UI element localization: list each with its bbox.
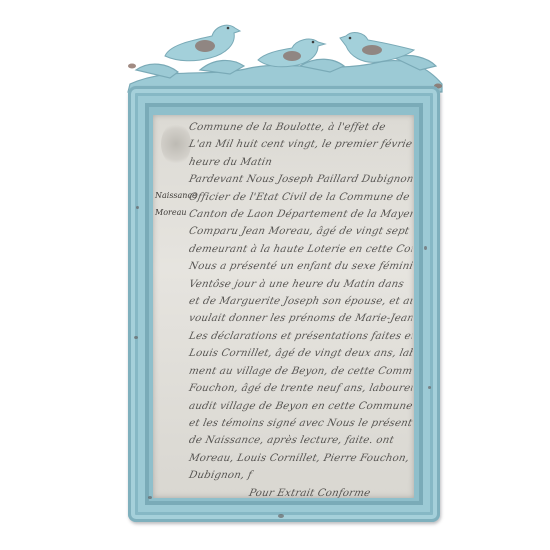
handwritten-line: heure du Matin [187, 154, 414, 171]
handwritten-line: Louis Cornillet, âgé de vingt deux ans, … [187, 345, 414, 362]
handwritten-line: voulait donner les prénoms de Marie-Jean… [187, 310, 414, 327]
handwritten-line: et les témoins signé avec Nous le présen… [187, 415, 414, 432]
handwritten-line: L'an Mil huit cent vingt, le premier fév… [187, 136, 414, 153]
bird-left [165, 25, 240, 61]
handwritten-line: Officier de l'Etat Civil de la Commune d… [187, 189, 414, 206]
handwritten-line: de Naissance, après lecture, faite. ont [187, 432, 414, 449]
handwritten-line: Ventôse jour à une heure du Matin dans [187, 276, 414, 293]
handwritten-line: Dubignon, f [187, 467, 414, 484]
handwritten-line: Moreau, Louis Cornillet, Pierre Fouchon,… [187, 450, 414, 467]
handwritten-line: et de Marguerite Joseph son épouse, et a… [187, 293, 414, 310]
framed-document: Naissance Moreau Commune de la Boulotte,… [153, 115, 414, 498]
handwritten-line: audit village de Beyon en cette Commune,… [187, 398, 414, 415]
handwritten-line: Les déclarations et présentations faites… [187, 328, 414, 345]
handwritten-line: Commune de la Boulotte, à l'effet de [187, 119, 414, 136]
handwritten-line: Pardevant Nous Joseph Paillard Dubignon [187, 171, 414, 188]
handwritten-line: demeurant à la haute Loterie en cette Co… [187, 241, 414, 258]
handwritten-line: Nous a présenté un enfant du sexe fémini… [187, 258, 414, 275]
product-photo: Naissance Moreau Commune de la Boulotte,… [0, 0, 550, 550]
handwritten-line: Comparu Jean Moreau, âgé de vingt sept [187, 223, 414, 240]
handwritten-line: Canton de Laon Département de la Mayenne [187, 206, 414, 223]
seal-stamp [161, 123, 191, 165]
handwritten-line: ment au village de Beyon, de cette Commu… [187, 363, 414, 380]
handwritten-line: Fouchon, âgé de trente neuf ans, laboure… [187, 380, 414, 397]
handwritten-line: Pour Extrait Conforme [187, 485, 414, 498]
handwritten-lines: Commune de la Boulotte, à l'effet deL'an… [189, 119, 412, 498]
